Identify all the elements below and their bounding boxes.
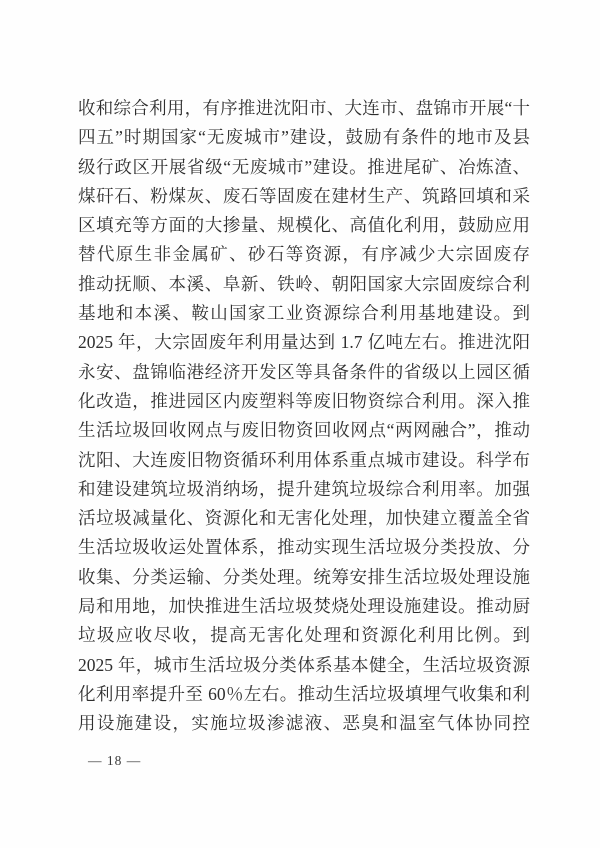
text-line: 基地和本溪、鞍山国家工业资源综合利用基地建设。到	[78, 299, 530, 328]
text-line: 沈阳、大连废旧物资循环利用体系重点城市建设。科学布局	[78, 446, 530, 475]
text-line: 收集、分类运输、分类处理。统筹安排生活垃圾处理设施布	[78, 563, 530, 592]
text-line: 活垃圾减量化、资源化和无害化处理，加快建立覆盖全省的	[78, 504, 530, 533]
text-line: 煤矸石、粉煤灰、废石等固废在建材生产、筑路回填和采空	[78, 182, 530, 211]
document-page: 收和综合利用，有序推进沈阳市、大连市、盘锦市开展“十 四五”时期国家“无废城市”…	[0, 0, 600, 848]
text-line: 替代原生非金属矿、砂石等资源，有序减少大宗固废存量。	[78, 240, 530, 269]
body-text-block: 收和综合利用，有序推进沈阳市、大连市、盘锦市开展“十 四五”时期国家“无废城市”…	[78, 94, 530, 739]
text-line: 2025 年，城市生活垃圾分类体系基本健全，生活垃圾资源	[78, 651, 530, 680]
text-line: 垃圾应收尽收，提高无害化处理和资源化利用比例。到	[78, 621, 530, 650]
text-line: 生活垃圾回收网点与废旧物资回收网点“两网融合”，推动	[78, 416, 530, 445]
text-line: 级行政区开展省级“无废城市”建设。推进尾矿、冶炼渣、	[78, 153, 530, 182]
page-number-footer: — 18 —	[88, 753, 141, 769]
text-line: 推动抚顺、本溪、阜新、铁岭、朝阳国家大宗固废综合利用	[78, 270, 530, 299]
text-line: 生活垃圾收运处置体系，推动实现生活垃圾分类投放、分类	[78, 533, 530, 562]
text-line: 四五”时期国家“无废城市”建设，鼓励有条件的地市及县	[78, 123, 530, 152]
text-line: 区填充等方面的大掺量、规模化、高值化利用，鼓励应用于	[78, 211, 530, 240]
text-line: 2025 年，大宗固废年利用量达到 1.7 亿吨左右。推进沈阳	[78, 328, 530, 357]
text-line: 和建设建筑垃圾消纳场，提升建筑垃圾综合利用率。加强生	[78, 475, 530, 504]
text-line: 化改造，推进园区内废塑料等废旧物资综合利用。深入推进	[78, 387, 530, 416]
text-line: 化利用率提升至 60％左右。推动生活垃圾填埋气收集和利	[78, 680, 530, 709]
text-line: 用设施建设，实施垃圾渗滤液、恶臭和温室气体协同控制。	[78, 709, 530, 738]
text-line: 永安、盘锦临港经济开发区等具备条件的省级以上园区循环	[78, 358, 530, 387]
text-line: 收和综合利用，有序推进沈阳市、大连市、盘锦市开展“十	[78, 94, 530, 123]
text-line: 局和用地，加快推进生活垃圾焚烧处理设施建设。推动厨余	[78, 592, 530, 621]
